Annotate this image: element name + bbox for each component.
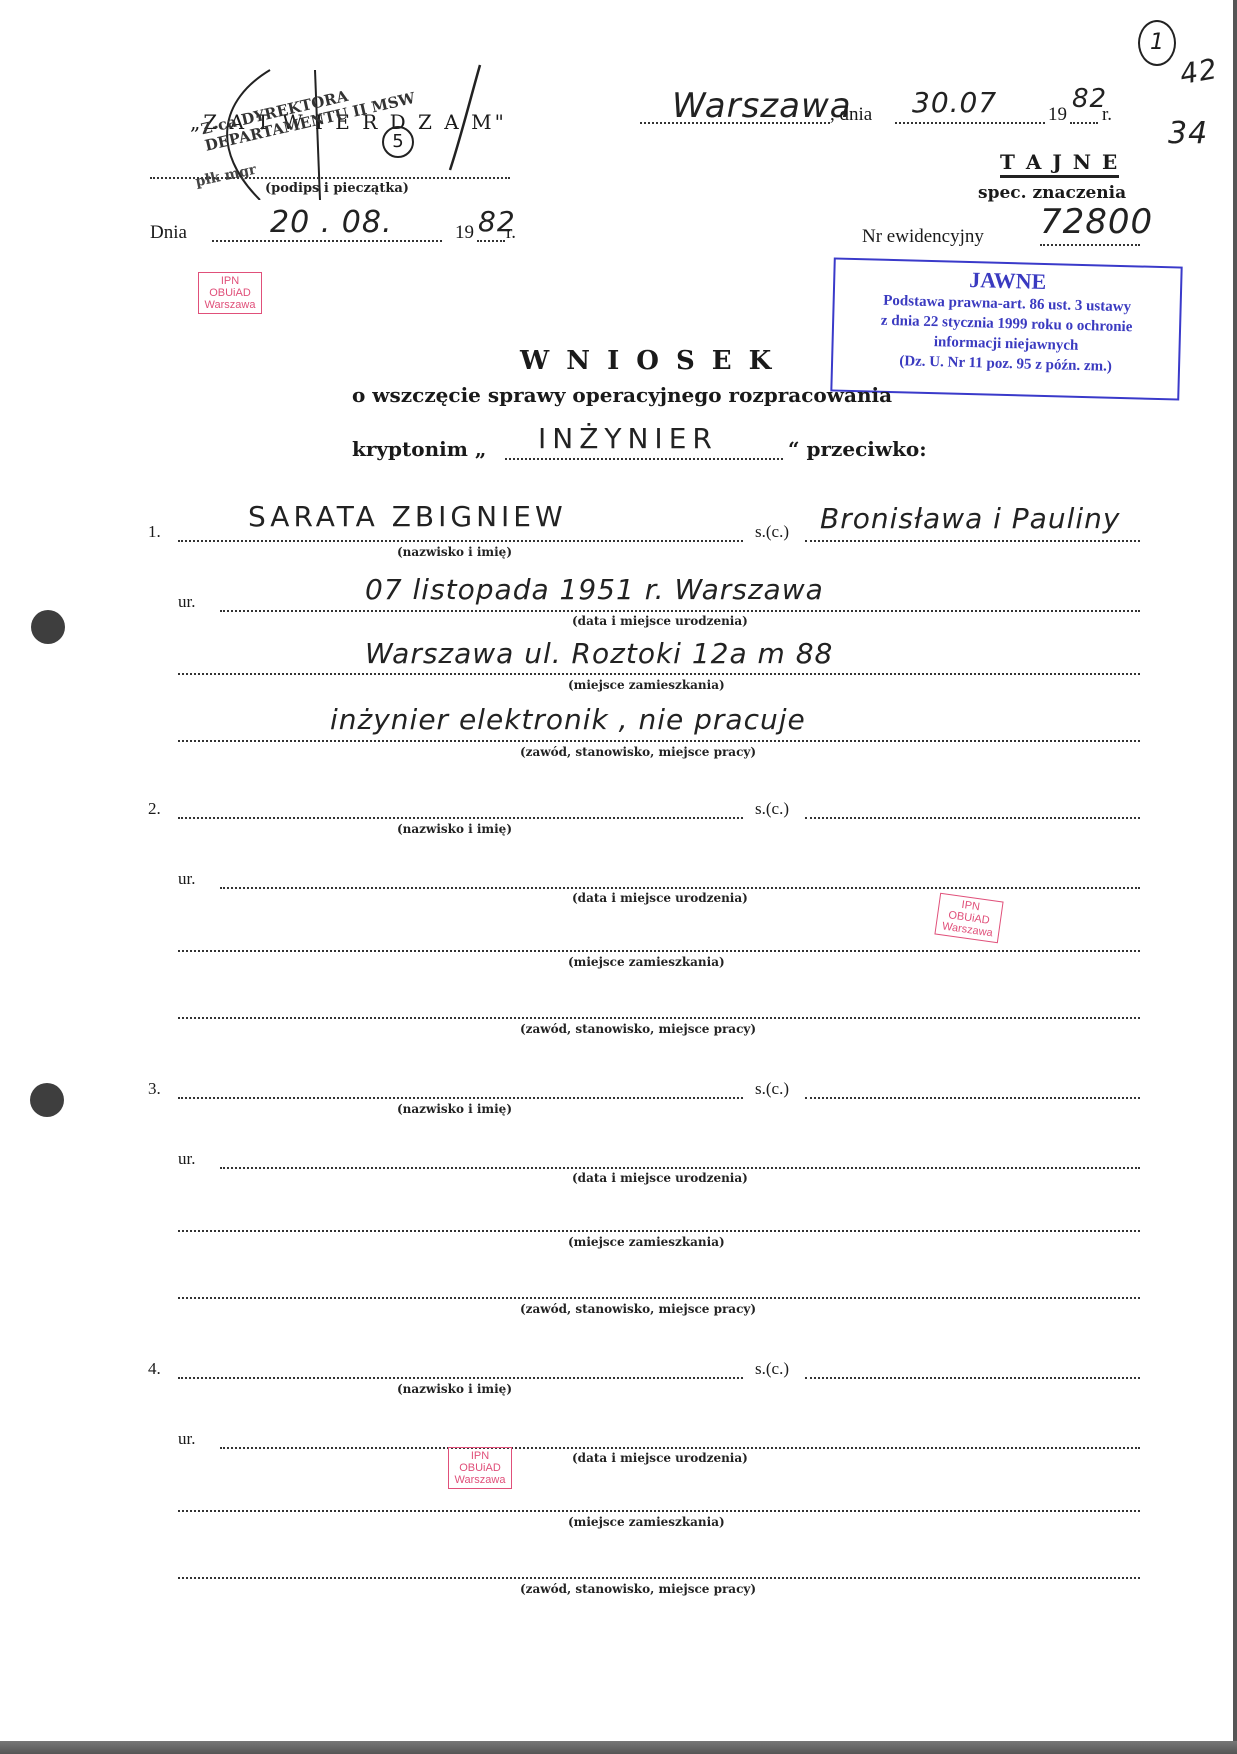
kryptonim-suffix: “ przeciwko: [788,437,927,461]
occupation-field[interactable] [178,1297,1140,1299]
birth-field[interactable] [220,1167,1140,1169]
birth-field[interactable] [220,887,1140,889]
ipn-stamp-2: IPN OBUiAD Warszawa [934,893,1003,943]
person-number: 4. [148,1359,161,1379]
ipn-stamp-3-line-3: Warszawa [452,1474,508,1486]
occupation-caption: (zawód, stanowisko, miejsce pracy) [520,1582,756,1596]
birth-caption: (data i miejsce urodzenia) [572,1451,748,1465]
birth-caption: (data i miejsce urodzenia) [572,891,748,905]
classification-sub: spec. znaczenia [978,183,1126,203]
punch-hole-bottom [30,1083,64,1117]
ipn-stamp-line-3: Warszawa [202,299,258,311]
birth-caption: (data i miejsce urodzenia) [572,614,748,628]
sc-label: s.(c.) [755,799,789,819]
occupation-caption: (zawód, stanowisko, miejsce pracy) [520,1302,756,1316]
residence-value: Warszawa ul. Roztoki 12a m 88 [365,637,833,670]
corner-mark-text: 1 [1150,30,1164,55]
parents-field[interactable] [805,817,1140,819]
circled-number: 5 [382,126,414,158]
registry-label: Nr ewidencyjny [862,226,984,248]
circled-number-text: 5 [392,131,403,152]
birth-value: 07 listopada 1951 r. Warszawa [365,573,824,606]
sc-label: s.(c.) [755,1079,789,1099]
occupation-caption: (zawód, stanowisko, miejsce pracy) [520,1022,756,1036]
ipn-stamp-3: IPN OBUiAD Warszawa [448,1447,512,1489]
kryptonim-label: kryptonim „ [352,437,486,461]
sc-label: s.(c.) [755,522,789,542]
occupation-field[interactable] [178,1577,1140,1579]
sc-label: s.(c.) [755,1359,789,1379]
residence-caption: (miejsce zamieszkania) [568,1515,725,1529]
ipn-stamp: IPN OBUiAD Warszawa [198,272,262,314]
classification: T A J N E [1000,150,1119,178]
place-date-value: 30.07 [912,86,997,119]
approval-block: „Z A T W I E R D Z A M" Z-ca DYREKTORA D… [150,60,510,200]
residence-field[interactable] [178,1230,1140,1232]
residence-field[interactable] [178,950,1140,952]
residence-field[interactable] [178,1510,1140,1512]
parents-value: Bronisława i Pauliny [820,502,1120,535]
name-caption: (nazwisko i imię) [397,1382,512,1396]
ipn-stamp-line-2: OBUiAD [202,287,258,299]
person-number: 1. [148,522,161,542]
parents-field[interactable] [805,1097,1140,1099]
birth-field[interactable] [220,1447,1140,1449]
place-date-label: , dnia [830,104,872,126]
punch-hole-top [31,610,65,644]
birth-caption: (data i miejsce urodzenia) [572,1171,748,1185]
ur-label: ur. [178,1149,195,1169]
ur-label: ur. [178,592,195,612]
place-value: Warszawa [672,86,852,126]
name-caption: (nazwisko i imię) [397,822,512,836]
name-field[interactable] [178,1097,743,1099]
ipn-stamp-3-line-1: IPN [452,1450,508,1462]
ur-label: ur. [178,1429,195,1449]
person-number: 2. [148,799,161,819]
person-number: 3. [148,1079,161,1099]
parents-field[interactable] [805,540,1140,542]
signature-caption: (podips i pieczątka) [265,181,409,196]
signature-line [150,177,510,179]
scan-edge-right [1233,0,1237,1741]
residence-caption: (miejsce zamieszkania) [568,1235,725,1249]
name-caption: (nazwisko i imię) [397,1102,512,1116]
scan-edge-bottom [0,1741,1237,1754]
place-year-suffix: r. [1102,104,1112,126]
parents-field[interactable] [805,1377,1140,1379]
residence-caption: (miejsce zamieszkania) [568,678,725,692]
kryptonim-line [505,458,783,460]
name-field[interactable] [178,1377,743,1379]
date-line [212,240,442,242]
document-title: W N I O S E K [520,346,775,376]
year-line [477,240,505,242]
document-subtitle: o wszczęcie sprawy operacyjnego rozpraco… [352,383,892,407]
registry-line [1040,244,1140,246]
registry-value: 72800 [1040,202,1153,242]
residence-caption: (miejsce zamieszkania) [568,955,725,969]
date-value: 20 . 08. [270,205,393,240]
name-value: SARATA ZBIGNIEW [248,500,567,533]
birth-field[interactable] [220,610,1140,612]
residence-field[interactable] [178,673,1140,675]
date-label: Dnia [150,222,187,244]
page-number-top: 42 [1177,52,1220,91]
name-field[interactable] [178,540,743,542]
kryptonim-value: INŻYNIER [538,422,718,455]
occupation-field[interactable] [178,1017,1140,1019]
name-field[interactable] [178,817,743,819]
page-number-bottom: 34 [1168,116,1208,151]
place-date-line [895,122,1045,124]
corner-circled-mark: 1 [1138,20,1176,66]
occupation-value: inżynier elektronik , nie pracuje [330,703,806,736]
occupation-field[interactable] [178,740,1140,742]
year-suffix: r. [506,222,516,244]
ur-label: ur. [178,869,195,889]
ipn-stamp-3-line-2: OBUiAD [452,1462,508,1474]
place-year-prefix: 19 [1048,104,1067,126]
place-year-line [1070,122,1098,124]
name-caption: (nazwisko i imię) [397,545,512,559]
occupation-caption: (zawód, stanowisko, miejsce pracy) [520,745,756,759]
year-prefix: 19 [455,222,474,244]
jawne-stamp: JAWNE Podstawa prawna-art. 86 ust. 3 ust… [830,257,1182,400]
ipn-stamp-line-1: IPN [202,275,258,287]
